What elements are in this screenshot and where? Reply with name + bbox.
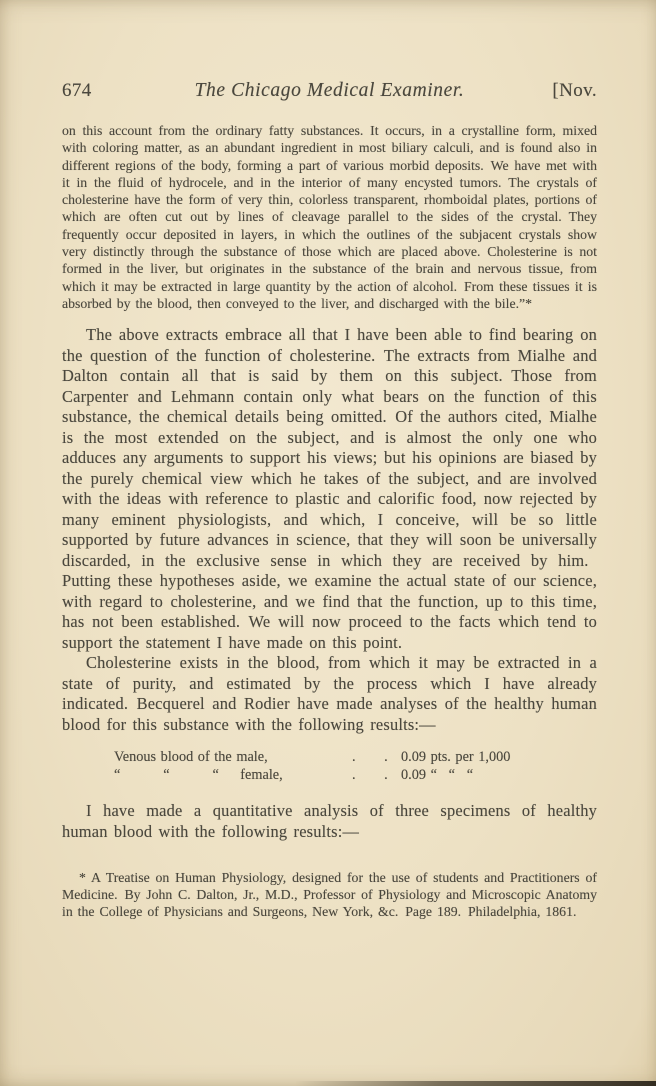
body-paragraph-3: I have made a quantitative analysis of t… [62, 801, 597, 842]
page-number: 674 [62, 80, 182, 102]
table-row: “ “ “ female, . . . 0.09 “ “ “ [114, 767, 559, 784]
issue-month: [Nov. [477, 80, 597, 102]
row-value: 0.09 “ “ “ [401, 767, 559, 784]
scanned-journal-page: 674 The Chicago Medical Examiner. [Nov. … [0, 0, 656, 1086]
row-value: 0.09 pts. per 1,000 [401, 749, 559, 766]
page-bottom-edge-shadow [295, 1081, 656, 1086]
leader-dots: . . . . [352, 749, 401, 766]
row-label: “ “ “ female, [114, 767, 352, 784]
table-row: Venous blood of the male, . . . . 0.09 p… [114, 749, 559, 766]
quoted-extract: on this account from the ordinary fatty … [62, 122, 597, 312]
leader-dots: . . . [352, 767, 401, 784]
body-paragraph-2: Cholesterine exists in the blood, from w… [62, 653, 597, 735]
body-paragraph-1: The above extracts embrace all that I ha… [62, 325, 597, 653]
footnote: * A Treatise on Human Physiology, design… [62, 869, 597, 921]
results-table: Venous blood of the male, . . . . 0.09 p… [114, 749, 559, 784]
row-label: Venous blood of the male, [114, 749, 352, 766]
page-header: 674 The Chicago Medical Examiner. [Nov. [62, 80, 597, 102]
journal-title: The Chicago Medical Examiner. [182, 80, 477, 102]
